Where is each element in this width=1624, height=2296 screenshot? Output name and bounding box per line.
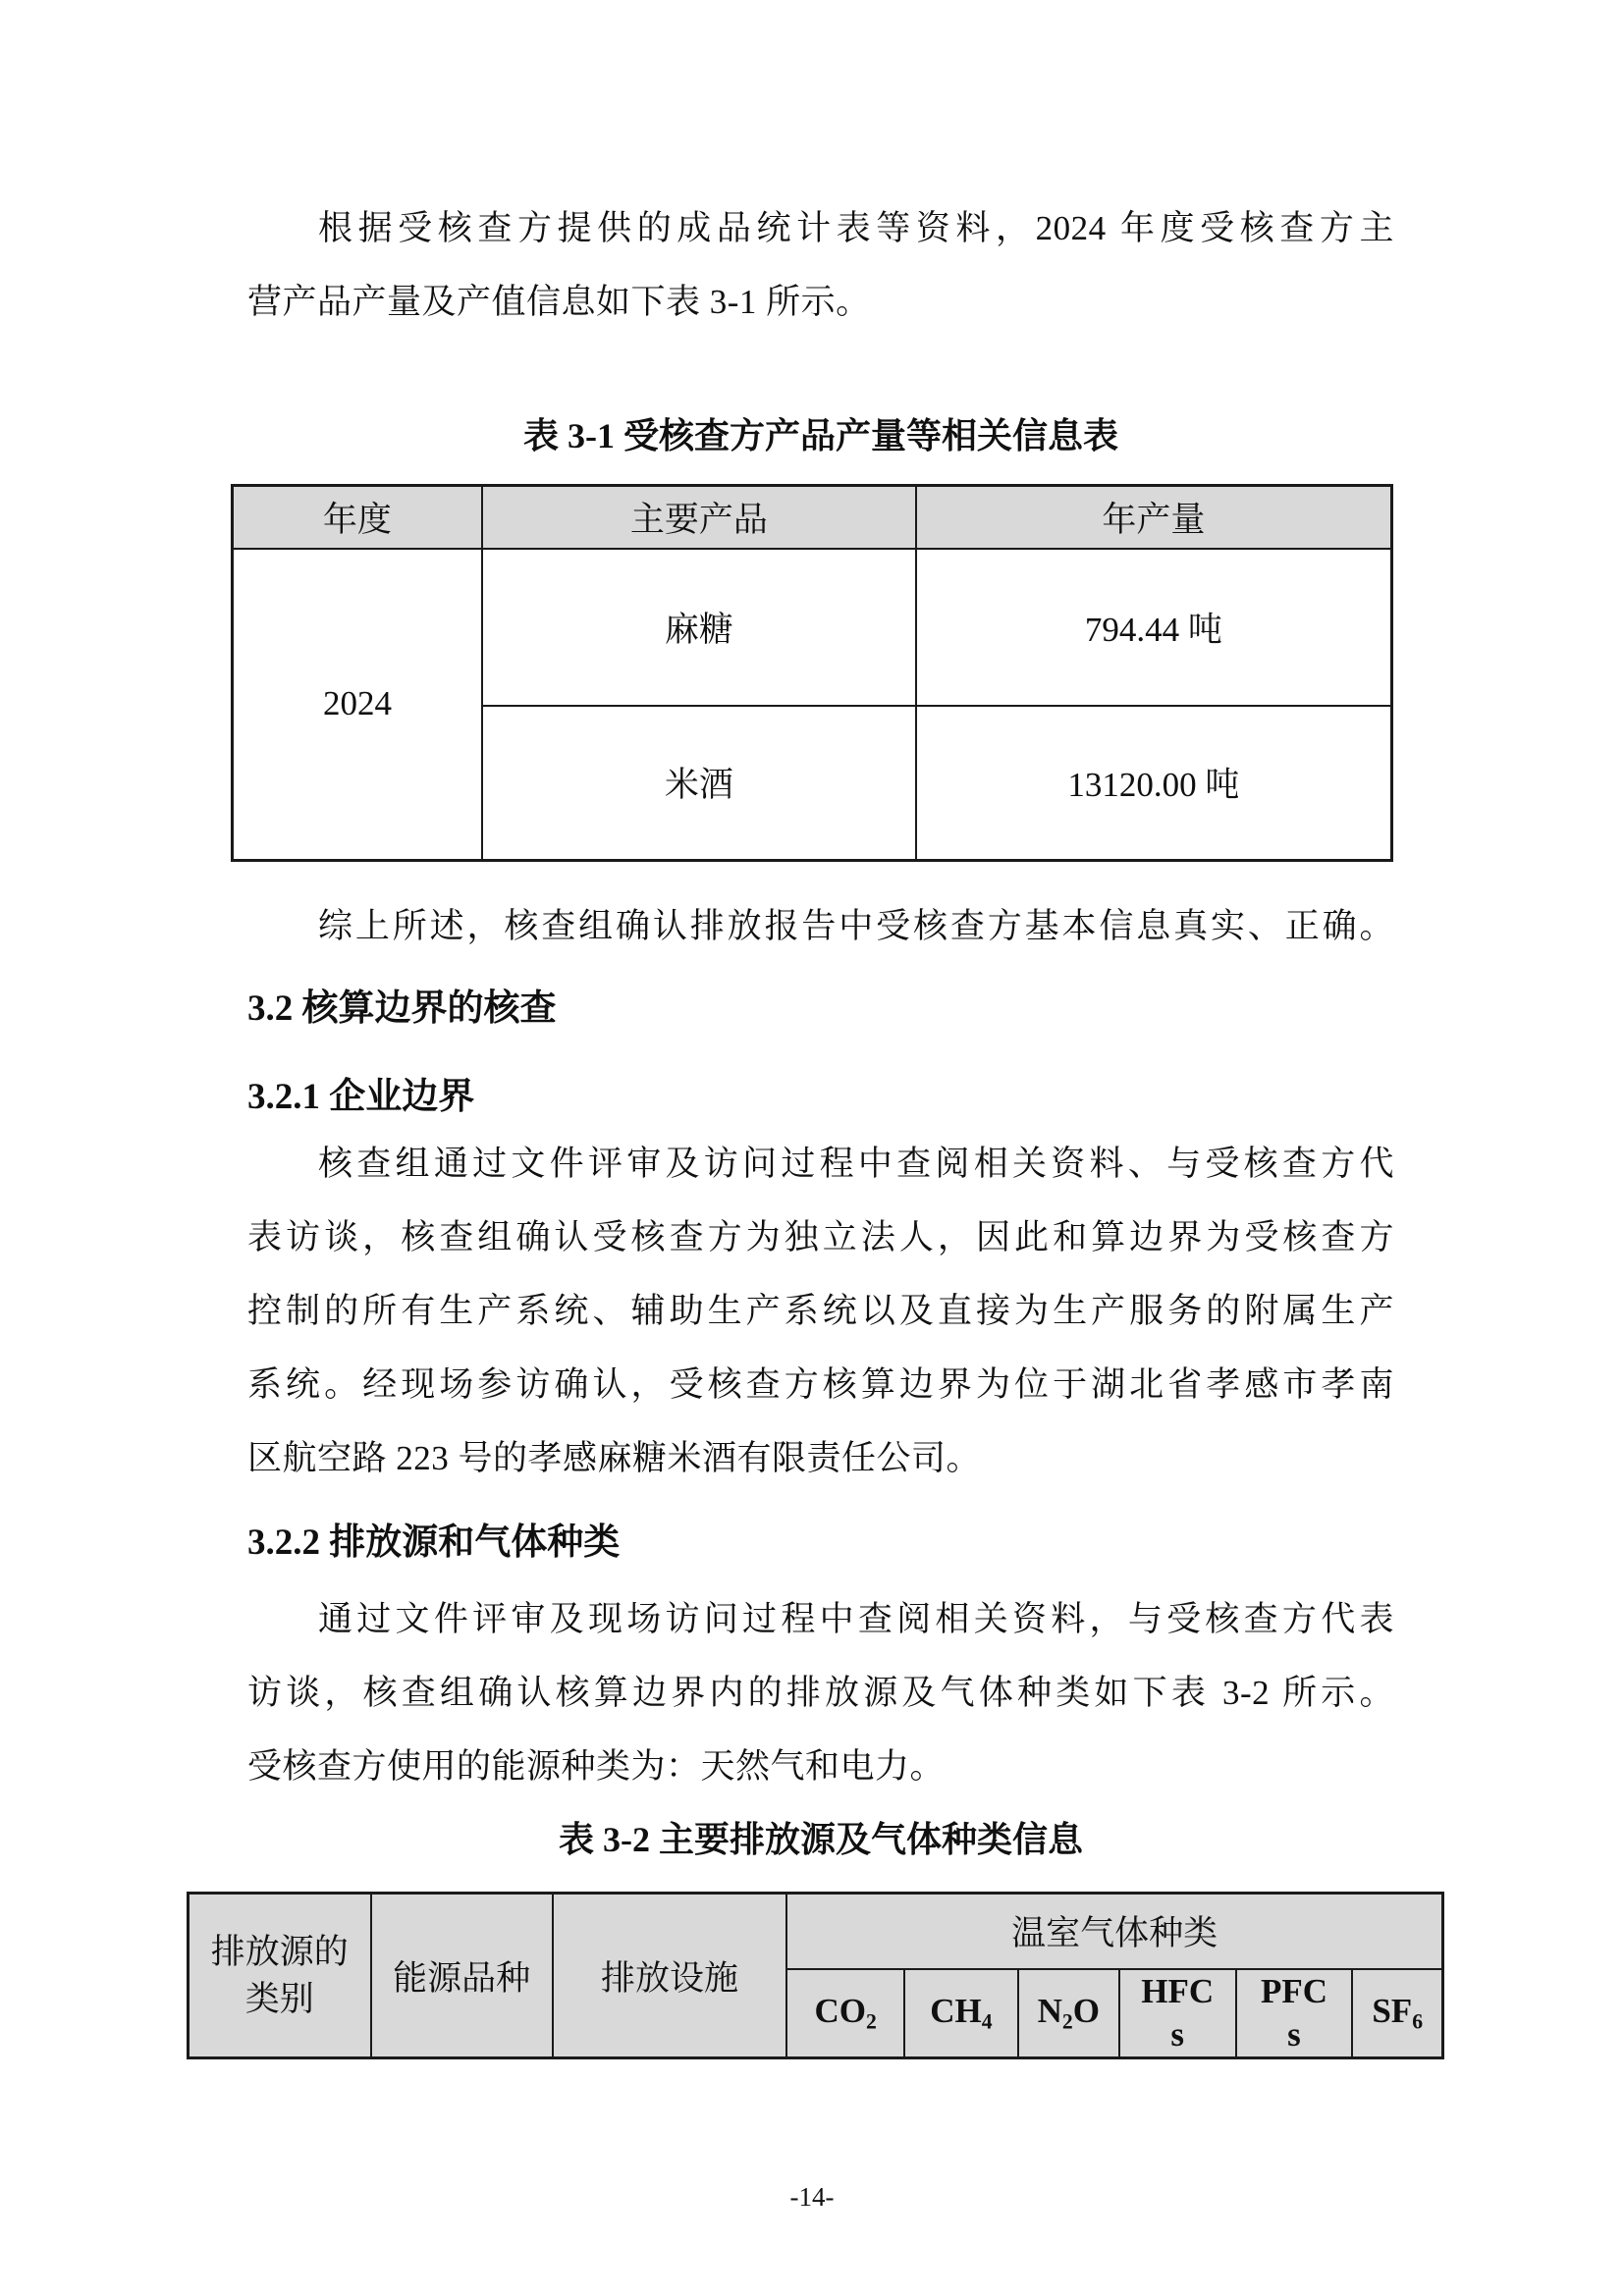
t2-header-co2: CO2 [786, 1969, 904, 2058]
t2-header-hfcs: HFCs [1119, 1969, 1236, 2058]
paragraph-3-2-2: 通过文件评审及现场访问过程中查阅相关资料，与受核查方代表 访谈，核查组确认核算边… [247, 1582, 1394, 1803]
paragraph-line: 核查组通过文件评审及访问过程中查阅相关资料、与受核查方代 [247, 1127, 1394, 1201]
document-page: 根据受核查方提供的成品统计表等资料，2024 年度受核查方主 营产品产量及产值信… [0, 0, 1624, 2296]
table-product-output: 年度 主要产品 年产量 2024 麻糖 794.44 吨 米酒 13120.00… [231, 484, 1393, 862]
table-emission-sources: 排放源的类别 能源品种 排放设施 温室气体种类 CO2 CH4 N2O HFCs… [187, 1892, 1444, 2059]
page-number: -14- [0, 2177, 1624, 2216]
paragraph-line: 受核查方使用的能源种类为：天然气和电力。 [247, 1730, 1394, 1803]
t1-cell-product: 米酒 [482, 706, 916, 861]
paragraph-line: 营产品产量及产值信息如下表 3-1 所示。 [247, 265, 1394, 339]
conclusion-paragraph: 综上所述，核查组确认排放报告中受核查方基本信息真实、正确。 [247, 889, 1394, 963]
t2-header-pfcs: PFCs [1236, 1969, 1353, 2058]
t1-cell-output: 13120.00 吨 [916, 706, 1392, 861]
t2-header-source-category: 排放源的类别 [189, 1894, 371, 2058]
paragraph-line: 区航空路 223 号的孝感麻糖米酒有限责任公司。 [247, 1421, 1394, 1495]
table-row: 2024 麻糖 794.44 吨 [233, 549, 1392, 706]
t1-cell-product: 麻糖 [482, 549, 916, 706]
paragraph-line: 系统。经现场参访确认，受核查方核算边界为位于湖北省孝感市孝南 [247, 1348, 1394, 1421]
section-heading-3-2-2: 3.2.2 排放源和气体种类 [247, 1516, 1394, 1571]
section-heading-3-2-1: 3.2.1 企业边界 [247, 1070, 1394, 1125]
t2-header-facility: 排放设施 [553, 1894, 787, 2058]
t2-header-ghg-group: 温室气体种类 [786, 1894, 1442, 1969]
t1-cell-year: 2024 [233, 549, 482, 861]
paragraph-line: 综上所述，核查组确认排放报告中受核查方基本信息真实、正确。 [247, 889, 1394, 963]
paragraph-line: 表访谈，核查组确认受核查方为独立法人，因此和算边界为受核查方 [247, 1201, 1394, 1274]
t2-header-n2o: N2O [1018, 1969, 1119, 2058]
paragraph-line: 控制的所有生产系统、辅助生产系统以及直接为生产服务的附属生产 [247, 1274, 1394, 1348]
paragraph-line: 根据受核查方提供的成品统计表等资料，2024 年度受核查方主 [247, 191, 1394, 265]
t1-cell-output: 794.44 吨 [916, 549, 1392, 706]
t1-header-output: 年产量 [916, 486, 1392, 549]
t1-header-year: 年度 [233, 486, 482, 549]
paragraph-line: 通过文件评审及现场访问过程中查阅相关资料，与受核查方代表 [247, 1582, 1394, 1656]
paragraph-line: 访谈，核查组确认核算边界内的排放源及气体种类如下表 3-2 所示。 [247, 1656, 1394, 1730]
paragraph-3-2-1: 核查组通过文件评审及访问过程中查阅相关资料、与受核查方代 表访谈，核查组确认受核… [247, 1127, 1394, 1495]
t2-header-sf6: SF6 [1352, 1969, 1442, 2058]
t2-header-energy-type: 能源品种 [371, 1894, 553, 2058]
table1-caption: 表 3-1 受核查方产品产量等相关信息表 [247, 400, 1394, 473]
table2-caption: 表 3-2 主要排放源及气体种类信息 [247, 1803, 1394, 1877]
section-heading-3-2: 3.2 核算边界的核查 [247, 982, 1394, 1037]
t1-header-product: 主要产品 [482, 486, 916, 549]
t2-header-ch4: CH4 [904, 1969, 1018, 2058]
intro-paragraph: 根据受核查方提供的成品统计表等资料，2024 年度受核查方主 营产品产量及产值信… [247, 191, 1394, 339]
